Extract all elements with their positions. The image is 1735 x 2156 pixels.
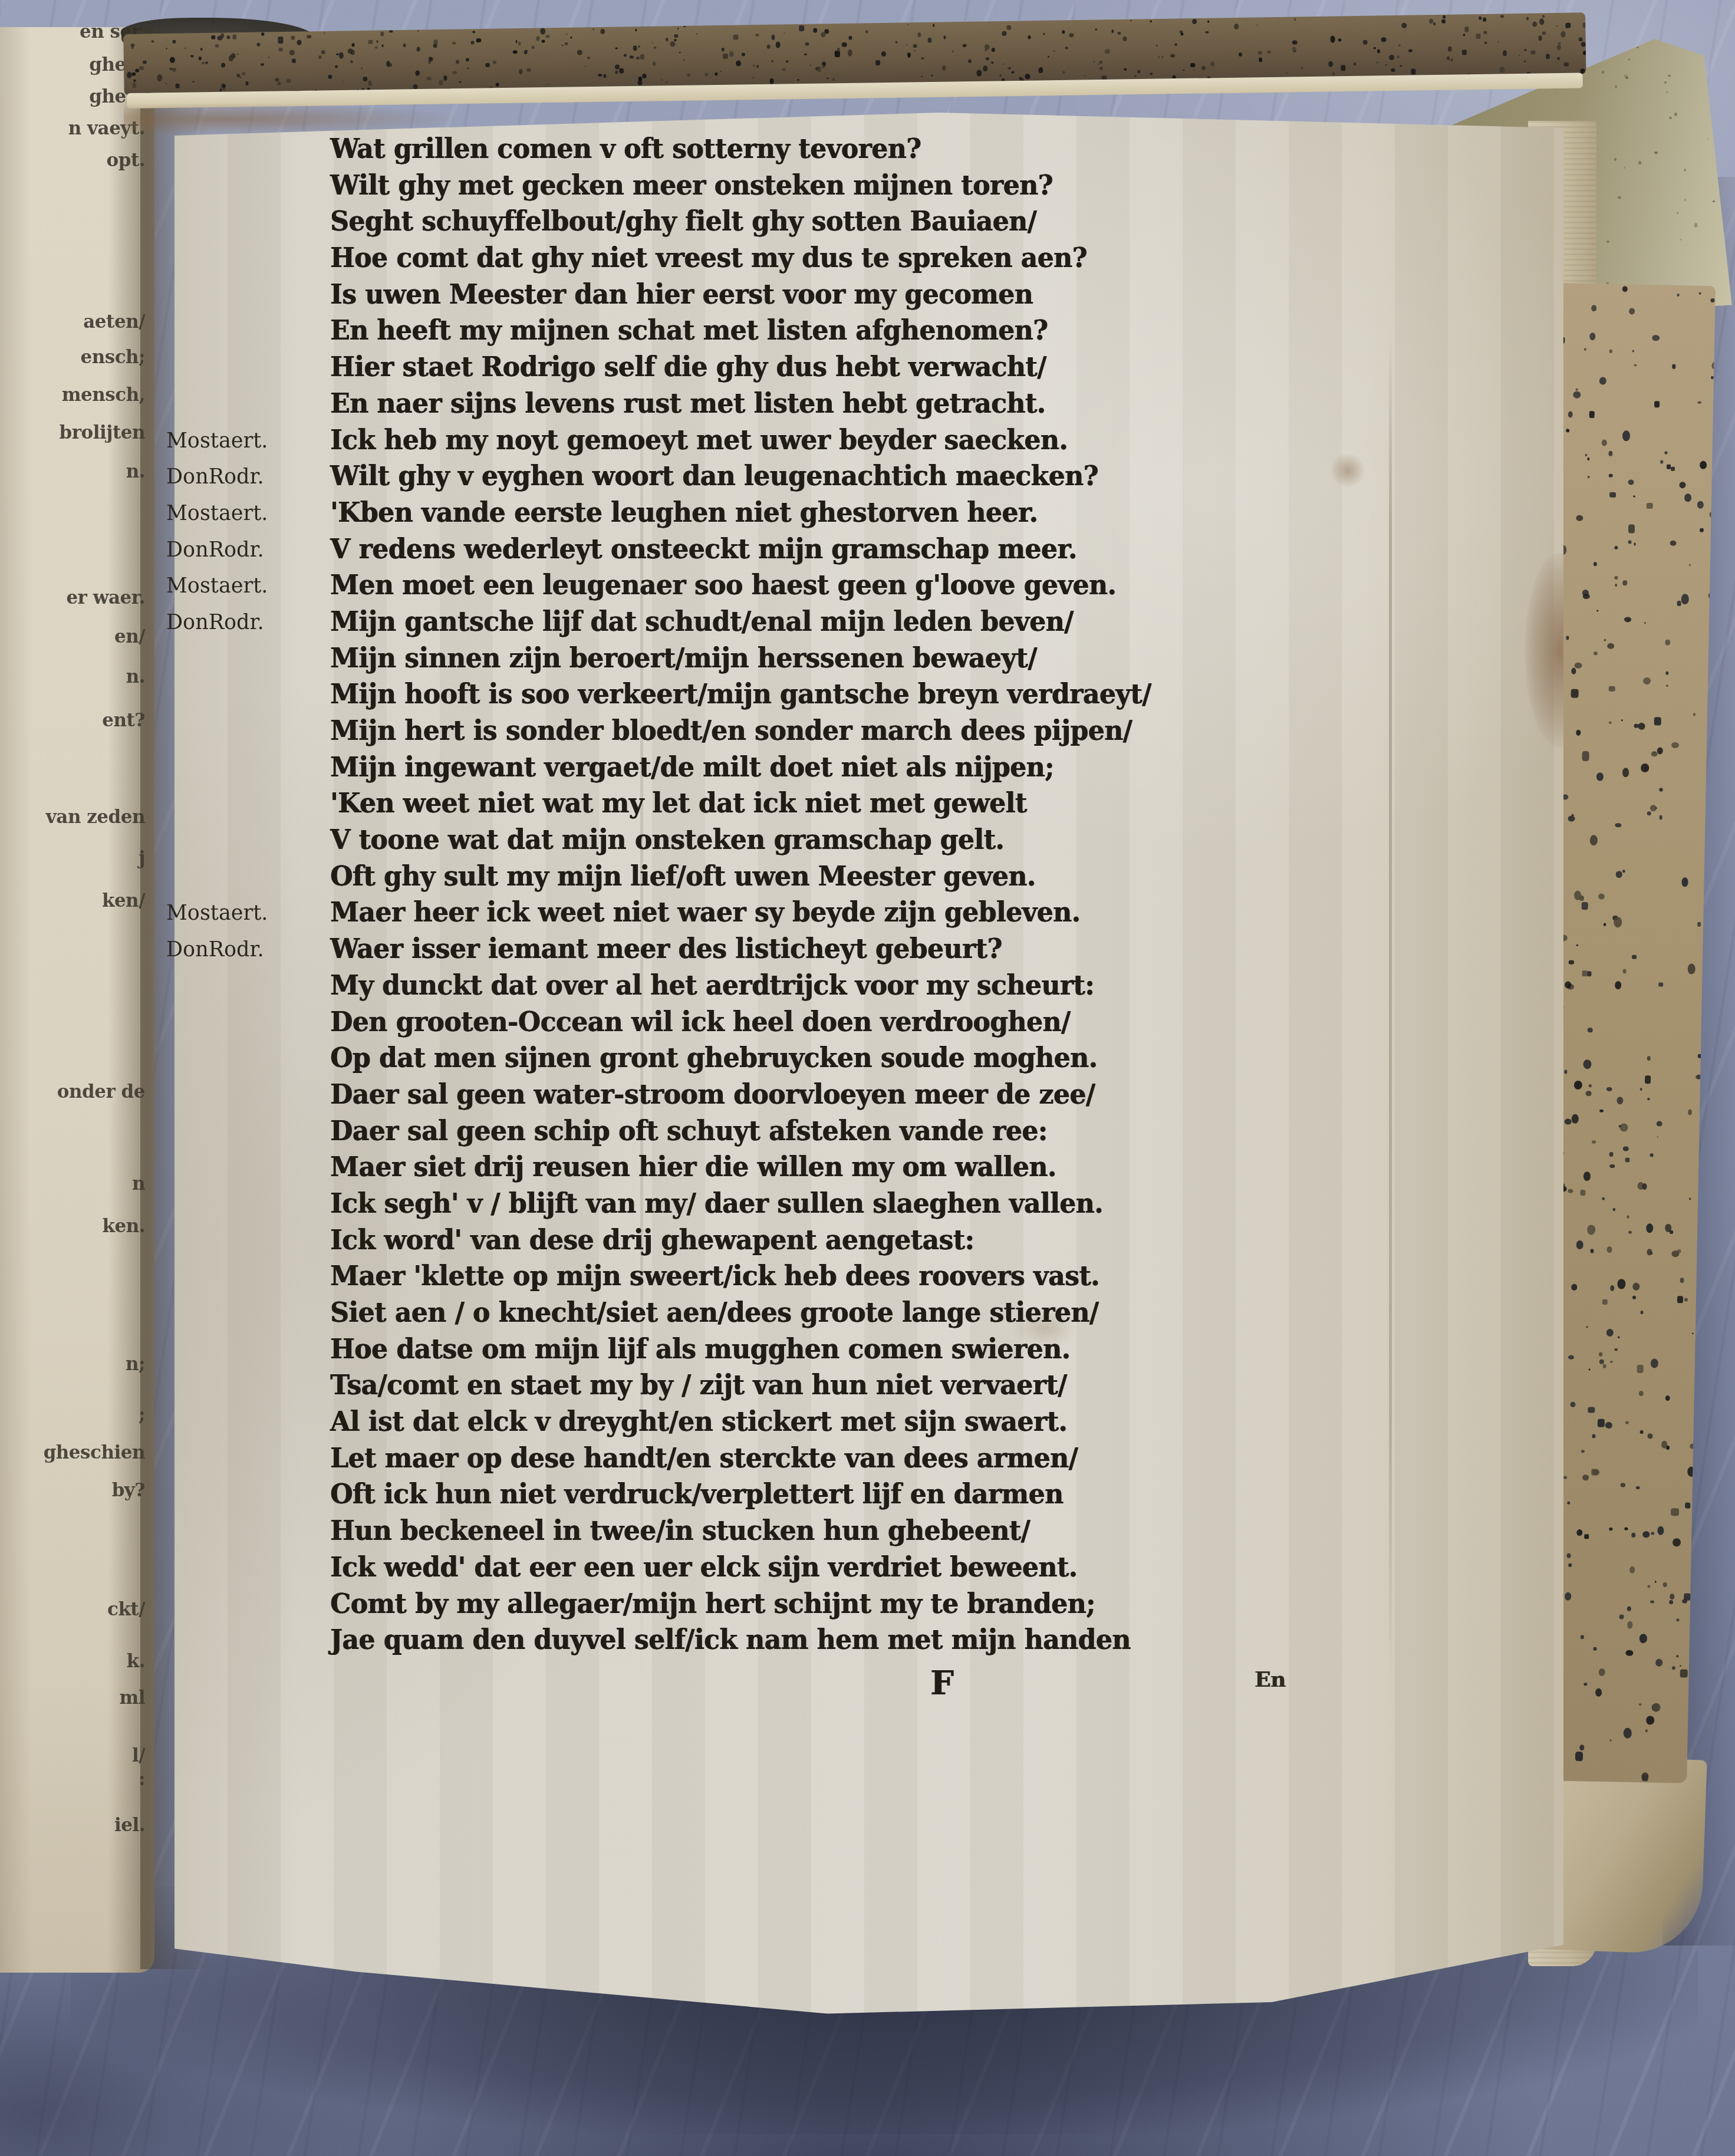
speckle-dot — [1568, 816, 1575, 822]
speckle-dot — [228, 55, 233, 62]
verse-text: En naer sijns levens rust met listen heb… — [330, 385, 1045, 423]
speckle-dot — [1587, 972, 1591, 976]
speckle-dot — [1576, 944, 1579, 946]
speckle-dot — [665, 81, 667, 83]
speckle-dot — [166, 83, 167, 84]
speckle-dot — [1707, 139, 1708, 140]
speckle-dot — [756, 65, 759, 68]
verse-line: Let maer op dese handt/en sterckte van d… — [166, 1441, 1345, 1478]
verse-text: Hoe comt dat ghy niet vreest my dus te s… — [330, 239, 1087, 277]
speckle-dot — [1483, 17, 1487, 21]
verse-text: Comt by my allegaer/mijn hert schijnt my… — [330, 1585, 1095, 1622]
verse-text: Mijn ingewant vergaet/de milt doet niet … — [330, 749, 1054, 786]
speckle-dot — [1615, 584, 1618, 587]
speckle-dot — [782, 68, 785, 71]
speckle-dot — [600, 29, 605, 35]
speckle-dot — [742, 53, 746, 56]
speckle-dot — [1258, 51, 1263, 54]
speckle-dot — [1662, 1582, 1667, 1588]
speckle-dot — [736, 60, 741, 66]
speckle-dot — [217, 36, 222, 41]
speckle-dot — [1622, 870, 1625, 873]
speckle-dot — [1693, 713, 1695, 716]
speckle-dot — [1614, 158, 1617, 161]
verse-line: Maer 'klette op mijn sweert/ick heb dees… — [166, 1259, 1345, 1296]
speckle-dot — [615, 47, 618, 50]
speckle-dot — [1099, 67, 1103, 70]
speckle-dot — [1256, 25, 1258, 26]
speckle-dot — [1624, 1527, 1628, 1530]
verse-text: Jae quam den duyvel self/ick nam hem met… — [330, 1621, 1131, 1659]
speaker-label: Mostaert. — [166, 502, 268, 525]
speckle-dot — [1267, 51, 1271, 54]
speckle-dot — [1598, 1668, 1605, 1676]
speckle-dot — [865, 30, 868, 34]
facing-page-text-fragment: ken. — [102, 1216, 145, 1237]
speckle-dot — [1658, 983, 1664, 987]
speckle-dot — [417, 47, 420, 51]
speckle-dot — [134, 79, 136, 81]
verse-line: DonRodr.Mijn gantsche lijf dat schudt/en… — [166, 605, 1345, 641]
speckle-dot — [1587, 457, 1590, 460]
speckle-dot — [232, 35, 236, 40]
speckle-dot — [635, 29, 637, 31]
speckle-dot — [1628, 479, 1634, 485]
speckle-dot — [1292, 40, 1298, 44]
speckle-dot — [1012, 71, 1014, 74]
verse-text: My dunckt dat over al het aerdtrijck voo… — [330, 967, 1094, 1005]
verse-text: Is uwen Meester dan hier eerst voor my g… — [330, 276, 1033, 314]
speckle-dot — [369, 84, 372, 86]
speckle-dot — [297, 40, 302, 45]
speckle-dot — [1685, 1502, 1691, 1508]
speckle-dot — [415, 71, 420, 76]
facing-page-text-fragment: opt. — [107, 150, 145, 171]
speckle-dot — [1617, 1097, 1623, 1104]
speckle-dot — [1638, 161, 1641, 164]
speckle-dot — [1585, 1091, 1591, 1096]
speckle-dot — [1497, 41, 1499, 43]
speckle-dot — [1599, 377, 1606, 385]
speckle-dot — [1670, 541, 1677, 547]
speckle-dot — [696, 34, 698, 35]
speckle-dot — [753, 77, 755, 79]
verse-line: Op dat men sijnen gront ghebruycken soud… — [166, 1041, 1345, 1078]
verse-line: Wat grillen comen v oft sotterny tevoren… — [166, 132, 1345, 169]
speckle-dot — [1584, 1534, 1589, 1539]
speckle-dot — [496, 83, 499, 86]
speckle-dot — [1657, 1121, 1662, 1127]
speckle-dot — [1660, 460, 1663, 464]
speckle-dot — [1622, 768, 1629, 777]
speckle-dot — [875, 60, 880, 65]
verse-text: Daer sal geen water-stroom doorvloeyen m… — [330, 1076, 1095, 1114]
speckle-dot — [1542, 15, 1545, 18]
speckle-dot — [1330, 35, 1335, 42]
speckle-dot — [1579, 896, 1584, 901]
speckle-dot — [1532, 21, 1537, 27]
speckle-dot — [1025, 74, 1031, 80]
speaker-label: DonRodr. — [166, 611, 264, 634]
speckle-dot — [729, 51, 734, 57]
verse-line: Mostaert.Men moet een leugenaer soo haes… — [166, 568, 1345, 605]
speckle-dot — [1155, 45, 1157, 47]
speckle-dot — [1684, 493, 1691, 502]
speckle-dot — [661, 79, 662, 80]
speckle-dot — [1624, 1728, 1632, 1739]
speckle-dot — [1655, 1581, 1657, 1583]
verse-text: Maer heer ick weet niet waer sy beyde zi… — [330, 894, 1080, 931]
verse-text: Siet aen / o knecht/siet aen/dees groote… — [330, 1294, 1098, 1332]
speaker-label: Mostaert. — [166, 574, 268, 598]
speckle-dot — [1411, 69, 1415, 75]
speaker-label: DonRodr. — [166, 465, 264, 489]
speckle-dot — [1376, 62, 1378, 64]
verse-text: Waer isser iemant meer des listicheyt ge… — [330, 930, 1002, 968]
speckle-dot — [1573, 391, 1581, 399]
verse-text: Mijn gantsche lijf dat schudt/enal mijn … — [330, 603, 1074, 641]
speckle-dot — [1671, 467, 1675, 470]
speckle-dot — [683, 59, 684, 61]
speckle-dot — [1006, 25, 1011, 29]
speckle-dot — [278, 37, 283, 44]
speckle-dot — [783, 32, 785, 34]
speckle-dot — [242, 72, 246, 76]
facing-page-text-fragment: er waer. — [66, 587, 145, 608]
speckle-dot — [633, 45, 637, 51]
speckle-dot — [1381, 37, 1386, 42]
speckle-dot — [1681, 877, 1688, 887]
speckle-dot — [291, 35, 295, 40]
speckle-dot — [1674, 113, 1677, 116]
speckle-dot — [1463, 34, 1466, 36]
speckle-dot — [653, 62, 656, 66]
speckle-dot — [847, 50, 852, 57]
speckle-dot — [1124, 68, 1127, 70]
speckle-dot — [170, 57, 175, 62]
speckle-dot — [1591, 305, 1597, 311]
speckle-dot — [943, 68, 946, 71]
speckle-dot — [1483, 31, 1487, 34]
speckle-dot — [1598, 1418, 1605, 1427]
speckle-dot — [1610, 1361, 1613, 1362]
speckle-dot — [817, 66, 821, 72]
speckle-dot — [1329, 61, 1334, 67]
speckle-dot — [1585, 454, 1587, 456]
speckle-dot — [767, 45, 771, 49]
verse-text: 'Ken weet niet wat my let dat ick niet m… — [330, 785, 1027, 822]
speckle-dot — [963, 44, 967, 47]
speckle-dot — [1557, 57, 1560, 61]
verse-text: V toone wat dat mijn onsteken gramschap … — [330, 821, 1004, 859]
speckle-dot — [1400, 65, 1402, 67]
speckle-dot — [585, 65, 586, 67]
speckle-dot — [1560, 31, 1566, 38]
speckle-dot — [417, 30, 419, 31]
speckle-dot — [427, 60, 431, 64]
speckle-dot — [1642, 1183, 1648, 1190]
speckle-dot — [992, 48, 995, 52]
speckle-dot — [200, 48, 203, 50]
speckle-dot — [1634, 723, 1638, 728]
speckle-dot — [1602, 1197, 1605, 1200]
speckle-dot — [1576, 1529, 1582, 1536]
speckle-dot — [684, 26, 686, 27]
speckle-dot — [705, 73, 709, 77]
speckle-dot — [1476, 34, 1481, 39]
speckle-dot — [1202, 65, 1206, 70]
speckle-dot — [677, 28, 679, 29]
speckle-dot — [835, 51, 840, 57]
speckle-dot — [1652, 1703, 1661, 1711]
speckle-dot — [1607, 1246, 1612, 1253]
speckle-dot — [1566, 22, 1571, 28]
verse-text: Hier staet Rodrigo self die ghy dus hebt… — [330, 348, 1046, 386]
speckle-dot — [1094, 61, 1095, 62]
speckle-dot — [615, 65, 620, 70]
verse-text: Ick segh' v / blijft van my/ daer sullen… — [330, 1185, 1103, 1223]
speckle-dot — [921, 76, 923, 77]
speckle-dot — [1596, 773, 1604, 781]
speckle-dot — [376, 41, 378, 43]
speckle-dot — [1609, 1164, 1615, 1168]
speckle-dot — [1354, 62, 1356, 65]
speckle-dot — [245, 81, 248, 85]
speckle-dot — [287, 79, 291, 83]
speckle-dot — [615, 71, 618, 74]
speckle-dot — [1183, 70, 1184, 71]
speckle-dot — [1568, 1355, 1574, 1360]
speckle-dot — [848, 36, 852, 40]
speckle-dot — [485, 63, 490, 67]
speckle-dot — [592, 29, 594, 31]
verse-text: Hun beckeneel in twee/in stucken hun ghe… — [330, 1512, 1030, 1550]
speckle-dot — [1003, 64, 1005, 65]
speckle-dot — [1538, 36, 1542, 41]
speckle-dot — [1644, 622, 1646, 624]
verse-line: Mijn sinnen zijn beroert/mijn herssenen … — [166, 641, 1345, 678]
verse-text: Mijn hert is sonder bloedt/en sonder mar… — [330, 712, 1132, 750]
speckle-dot — [1374, 47, 1375, 49]
speckle-dot — [1429, 19, 1433, 24]
speckle-dot — [1583, 1171, 1591, 1181]
speaker-label: DonRodr. — [166, 938, 264, 962]
speckle-dot — [443, 75, 447, 81]
speckle-dot — [1519, 55, 1520, 57]
verse-text: Tsa/comt en staet my by / zijt van hun n… — [330, 1367, 1067, 1404]
speckle-dot — [1193, 69, 1194, 71]
speckle-dot — [976, 70, 982, 77]
speckle-dot — [1408, 49, 1413, 52]
speckle-dot — [1095, 28, 1098, 30]
speckle-dot — [433, 44, 437, 48]
speckle-dot — [1589, 333, 1595, 340]
speckle-dot — [361, 67, 363, 69]
speckle-dot — [1629, 1566, 1635, 1574]
speckle-dot — [1607, 643, 1615, 649]
speckle-dot — [1666, 685, 1668, 687]
speckle-dot — [837, 48, 840, 51]
speckle-dot — [1207, 21, 1209, 22]
speckle-dot — [1626, 77, 1628, 79]
speckle-dot — [799, 25, 805, 31]
verse-text: Wat grillen comen v oft sotterny tevoren… — [330, 130, 921, 168]
speckle-dot — [1688, 964, 1696, 975]
speckle-dot — [1609, 1152, 1614, 1157]
speckle-dot — [169, 68, 172, 70]
speckle-dot — [1639, 1634, 1647, 1643]
speckle-dot — [1582, 1474, 1589, 1480]
facing-page-text-fragment: mensch, — [62, 384, 145, 406]
speckle-dot — [775, 41, 781, 48]
speckle-dot — [536, 36, 539, 41]
speckle-dot — [1175, 44, 1177, 46]
speckle-dot — [1500, 15, 1504, 17]
page-crease — [1389, 329, 1392, 1685]
speckle-dot — [1688, 1109, 1693, 1115]
verse-line: Ick word' van dese drij ghewapent aenget… — [166, 1223, 1345, 1260]
speckle-dot — [1668, 75, 1670, 77]
speckle-dot — [1523, 48, 1526, 51]
speckle-dot — [1589, 411, 1595, 418]
speckle-dot — [1710, 298, 1715, 302]
speckle-dot — [1632, 955, 1637, 959]
speckle-dot — [1294, 18, 1296, 21]
speckle-dot — [1043, 33, 1045, 35]
speckle-dot — [1568, 1189, 1573, 1193]
speckle-dot — [380, 32, 384, 37]
speckle-dot — [166, 48, 167, 49]
speckle-dot — [1615, 85, 1618, 88]
speckle-dot — [1581, 1635, 1584, 1639]
speckle-dot — [1588, 1028, 1593, 1032]
speckle-dot — [1062, 71, 1065, 74]
verse-text: Daer sal geen schip oft schuyt afsteken … — [330, 1112, 1047, 1150]
speckle-dot — [1574, 1081, 1582, 1089]
speckle-dot — [1609, 474, 1613, 478]
speckle-dot — [473, 31, 476, 34]
speckle-dot — [1135, 75, 1136, 77]
speckle-dot — [1563, 1476, 1567, 1479]
speaker-label: Mostaert. — [166, 901, 268, 925]
speckle-dot — [1581, 42, 1586, 47]
facing-page-text-fragment: gheschien — [44, 1442, 145, 1463]
speckle-dot — [1622, 286, 1628, 292]
speckle-dot — [636, 57, 640, 60]
speaker-label: DonRodr. — [166, 538, 264, 562]
speckle-dot — [1641, 1311, 1644, 1314]
speckle-dot — [1580, 1190, 1585, 1196]
speckle-dot — [1053, 50, 1055, 52]
speckle-dot — [933, 24, 935, 27]
speckle-dot — [1566, 636, 1569, 640]
speckle-dot — [1588, 1407, 1595, 1413]
speckle-dot — [1666, 91, 1668, 93]
speckle-dot — [1647, 503, 1653, 509]
verse-text: Mijn hooft is soo verkeert/mijn gantsche… — [330, 676, 1151, 713]
speckle-dot — [827, 77, 829, 79]
speckle-dot — [917, 32, 921, 37]
speckle-dot — [324, 32, 325, 35]
speckle-dot — [1614, 546, 1618, 549]
speckle-dot — [1669, 1600, 1674, 1605]
speckle-dot — [1639, 1703, 1641, 1706]
speckle-dot — [1672, 1666, 1675, 1670]
verse-text: Oft ghy sult my mijn lief/oft uwen Meest… — [330, 858, 1036, 896]
speckle-dot — [1680, 239, 1681, 241]
speckle-dot — [1670, 1230, 1673, 1234]
speckle-dot — [1643, 677, 1651, 684]
speckle-dot — [1443, 15, 1446, 19]
speckle-dot — [307, 35, 311, 38]
speckle-dot — [1647, 1098, 1650, 1100]
speckle-dot — [1671, 1509, 1679, 1516]
speckle-dot — [1677, 1296, 1683, 1304]
speckle-dot — [1647, 1249, 1652, 1256]
facing-page-text-fragment: onder de — [57, 1081, 145, 1102]
speckle-dot — [1582, 751, 1589, 761]
speckle-dot — [1633, 495, 1635, 497]
speckle-dot — [226, 35, 230, 39]
speckle-dot — [1069, 33, 1074, 37]
speckle-dot — [914, 50, 916, 51]
speckle-dot — [1002, 31, 1007, 35]
speckle-dot — [813, 28, 818, 34]
speckle-dot — [1582, 902, 1588, 910]
speckle-dot — [1655, 1658, 1663, 1666]
speckle-dot — [1610, 1285, 1615, 1292]
speckle-dot — [1286, 73, 1287, 74]
facing-page-text-fragment: ensch; — [80, 347, 145, 368]
speckle-dot — [1618, 1279, 1625, 1289]
speckle-dot — [1625, 1158, 1629, 1163]
speckle-dot — [548, 84, 549, 85]
speckle-dot — [1526, 17, 1529, 20]
speckle-dot — [1671, 742, 1679, 748]
speckle-dot — [1665, 639, 1670, 646]
speckle-dot — [143, 60, 146, 64]
speckle-dot — [1583, 51, 1586, 55]
speckle-dot — [1542, 31, 1546, 35]
speckle-dot — [350, 60, 353, 63]
speckle-dot — [1697, 501, 1704, 509]
speckle-dot — [1627, 1215, 1629, 1218]
speckle-dot — [804, 54, 806, 55]
speckle-dot — [1606, 1087, 1612, 1091]
speckle-dot — [1647, 1056, 1651, 1061]
speckle-dot — [1684, 1593, 1691, 1600]
speckle-dot — [931, 74, 933, 76]
speckle-dot — [1628, 59, 1630, 60]
speckle-dot — [1651, 751, 1658, 756]
speckle-dot — [566, 33, 567, 35]
speaker-label: Mostaert. — [166, 429, 268, 453]
speckle-dot — [1588, 1084, 1591, 1087]
speckle-dot — [571, 37, 572, 39]
speckle-dot — [1603, 1364, 1606, 1368]
speckle-dot — [1640, 1430, 1644, 1434]
speckle-dot — [1524, 61, 1526, 62]
speckle-dot — [1398, 44, 1401, 47]
speckle-dot — [1556, 93, 1557, 94]
speckle-dot — [468, 67, 469, 69]
verse-text: Hoe datse om mijn lijf als mugghen comen… — [330, 1331, 1070, 1368]
speckle-dot — [1599, 1352, 1602, 1357]
speckle-dot — [1578, 37, 1583, 42]
speckle-dot — [1097, 63, 1099, 65]
speckle-dot — [1192, 19, 1197, 24]
speckle-dot — [564, 42, 568, 45]
